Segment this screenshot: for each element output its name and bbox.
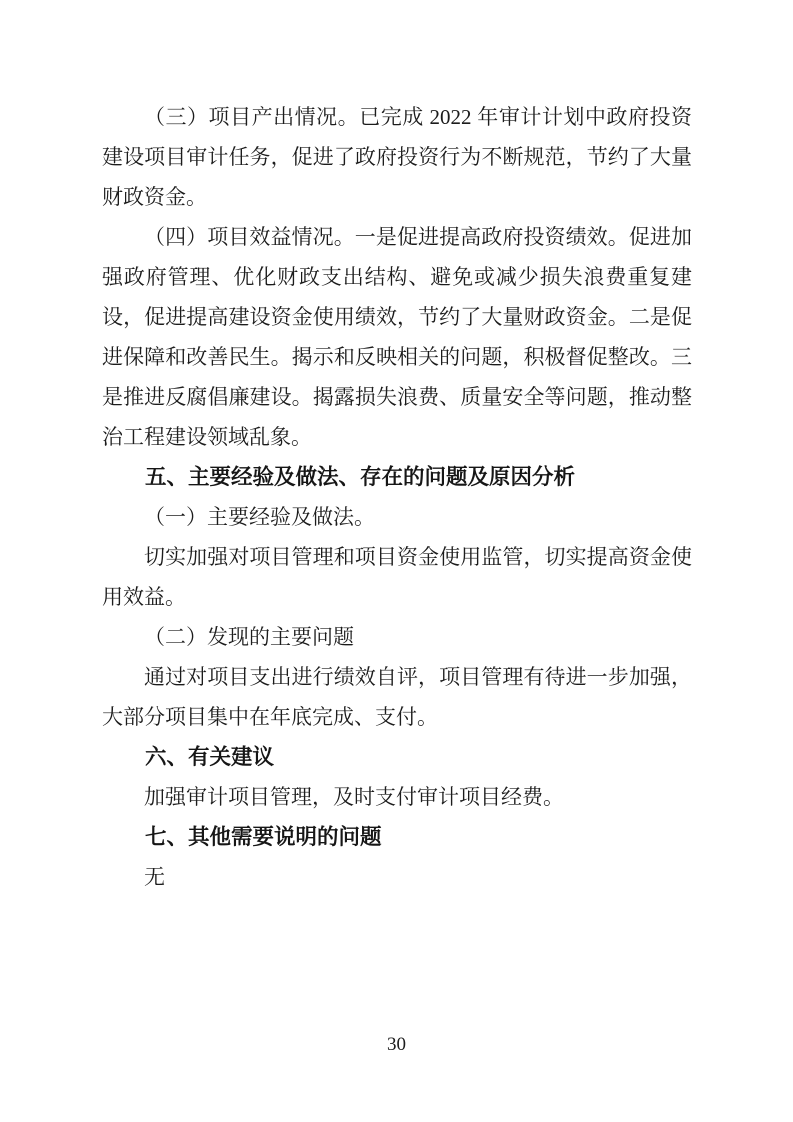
document-body: （三）项目产出情况。已完成 2022 年审计计划中政府投资建设项目审计任务，促进…: [102, 97, 692, 897]
paragraph-none: 无: [102, 857, 692, 897]
paragraph-problems-detail: 通过对项目支出进行绩效自评，项目管理有待进一步加强，大部分项目集中在年底完成、支…: [102, 657, 692, 737]
paragraph-subheading-main-experience: （一）主要经验及做法。: [102, 497, 692, 537]
paragraph-experience-detail: 切实加强对项目管理和项目资金使用监管，切实提高资金使用效益。: [102, 537, 692, 617]
section-heading-5-experience-problems: 五、主要经验及做法、存在的问题及原因分析: [102, 457, 692, 497]
paragraph-project-benefit: （四）项目效益情况。一是促进提高政府投资绩效。促进加强政府管理、优化财政支出结构…: [102, 217, 692, 457]
section-heading-6-suggestions: 六、有关建议: [102, 737, 692, 777]
section-heading-7-other-issues: 七、其他需要说明的问题: [102, 817, 692, 857]
paragraph-subheading-main-problems: （二）发现的主要问题: [102, 617, 692, 657]
paragraph-suggestions-detail: 加强审计项目管理，及时支付审计项目经费。: [102, 777, 692, 817]
paragraph-project-output: （三）项目产出情况。已完成 2022 年审计计划中政府投资建设项目审计任务，促进…: [102, 97, 692, 217]
document-page: （三）项目产出情况。已完成 2022 年审计计划中政府投资建设项目审计任务，促进…: [0, 0, 793, 1122]
page-number: 30: [0, 1034, 793, 1056]
